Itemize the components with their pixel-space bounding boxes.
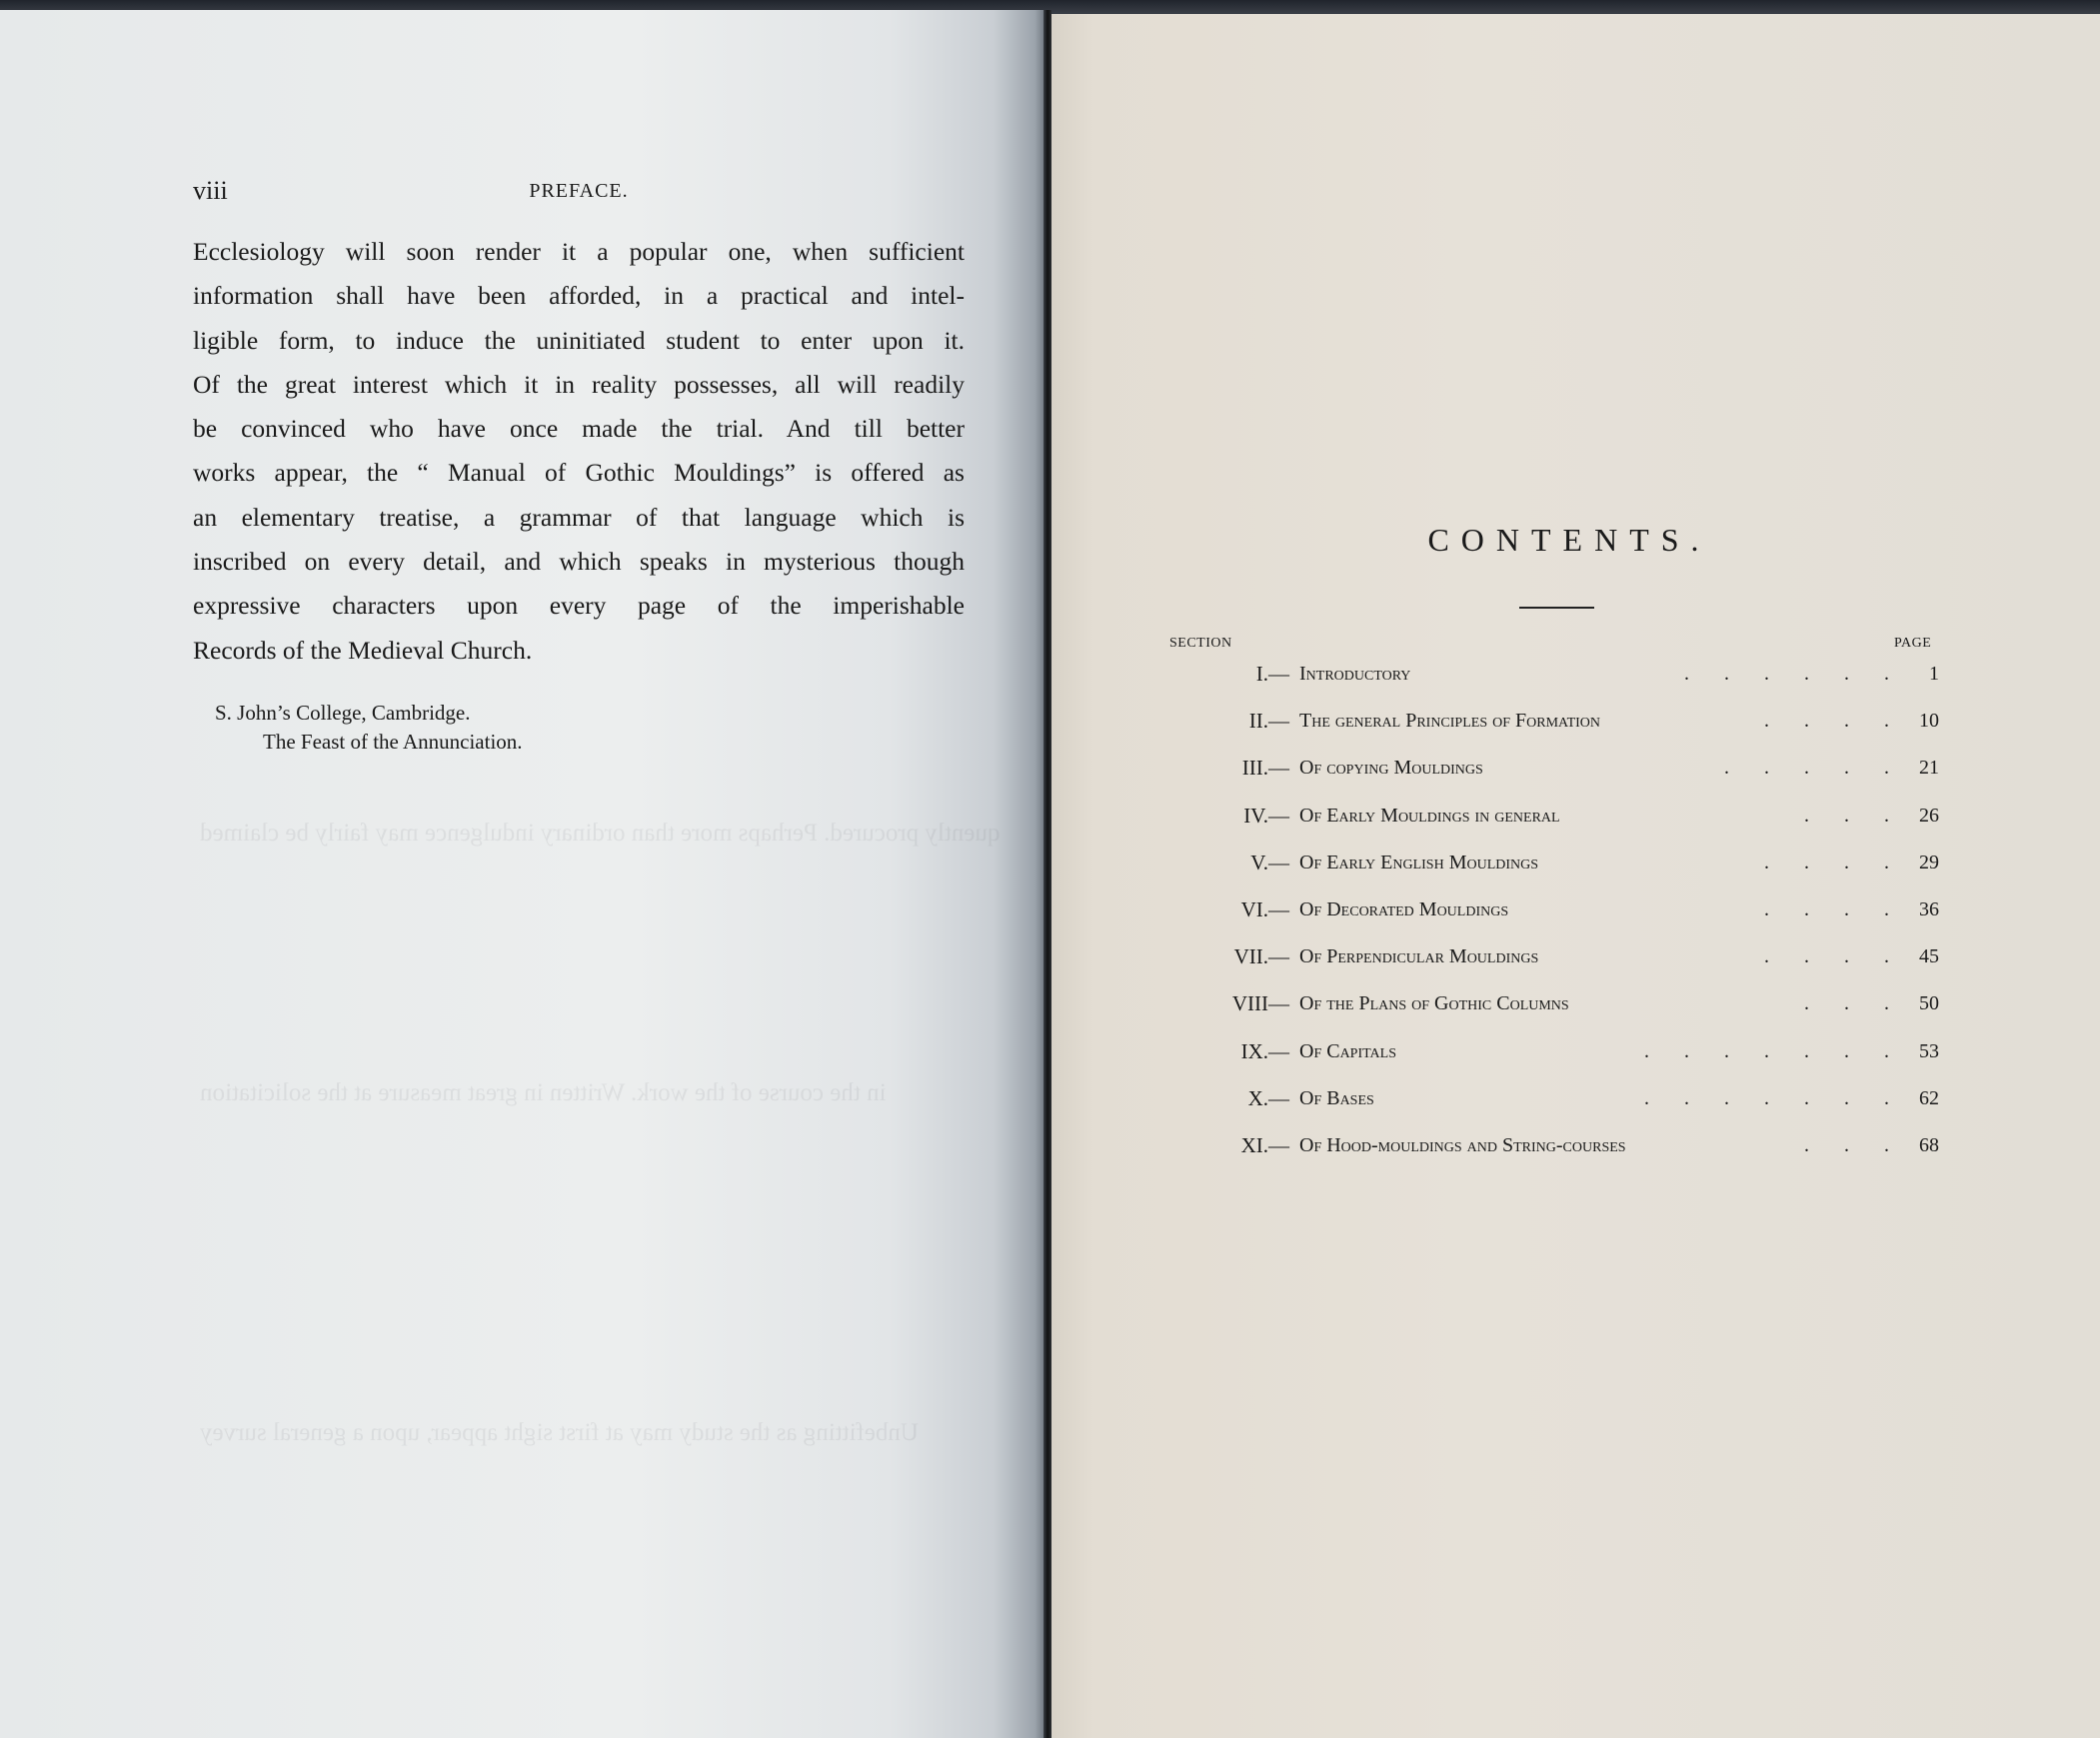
page-ref: 21 xyxy=(1894,750,1939,786)
book-gutter xyxy=(1044,10,1051,1738)
section-number: IV.— xyxy=(1243,798,1289,834)
page-ref: 26 xyxy=(1894,798,1939,834)
toc-entry: XI.— Of Hood-mouldings and String-course… xyxy=(1169,1127,1939,1174)
bleed-through-text: Unbefitting as the study may at first si… xyxy=(200,1419,919,1447)
signature-date: The Feast of the Annunciation. xyxy=(263,730,523,755)
page-ref: 1 xyxy=(1894,656,1939,692)
toc-entry: III.— Of copying Mouldings . . . . . 21 xyxy=(1169,750,1939,797)
page-ref: 29 xyxy=(1894,845,1939,880)
signature-place: S. John’s College, Cambridge. xyxy=(215,701,471,726)
section-number: XI.— xyxy=(1241,1127,1289,1163)
section-column-header: SECTION xyxy=(1169,636,1232,652)
section-title: Of Perpendicular Mouldings xyxy=(1299,938,1538,974)
toc-entry: I.— Introductory . . . . . . 1 xyxy=(1169,656,1939,703)
text-line: an elementary treatise, a grammar of tha… xyxy=(193,496,965,540)
contents-title: CONTENTS. xyxy=(1169,522,1969,559)
section-number: X.— xyxy=(1248,1080,1289,1116)
section-number: II.— xyxy=(1249,703,1289,739)
section-title: The general Principles of Formation xyxy=(1299,703,1600,739)
toc-entry: VII.— Of Perpendicular Mouldings . . . .… xyxy=(1169,938,1939,985)
toc-entry: II.— The general Principles of Formation… xyxy=(1169,703,1939,750)
bleed-through-text: quently procured. Perhaps more than ordi… xyxy=(200,820,1000,848)
text-line: expressive characters upon every page of… xyxy=(193,584,965,628)
section-title: Of Bases xyxy=(1299,1080,1374,1116)
section-title: Of Capitals xyxy=(1299,1033,1396,1069)
leader-dots: . . . xyxy=(1804,798,1889,834)
section-number: VII.— xyxy=(1234,938,1289,974)
text-line: Ecclesiology will soon render it a popul… xyxy=(193,230,965,274)
page-ref: 53 xyxy=(1894,1033,1939,1069)
section-number: I.— xyxy=(1256,656,1289,692)
page-ref: 62 xyxy=(1894,1080,1939,1116)
text-line: inscribed on every detail, and which spe… xyxy=(193,540,965,584)
title-rule xyxy=(1519,607,1594,609)
page-ref: 50 xyxy=(1894,985,1939,1021)
text-line: Records of the Medieval Church. xyxy=(193,629,965,673)
toc-entry: IV.— Of Early Mouldings in general . . .… xyxy=(1169,798,1939,845)
page-ref: 68 xyxy=(1894,1127,1939,1163)
leader-dots: . . . . . . . xyxy=(1644,1080,1889,1116)
text-line: be convinced who have once made the tria… xyxy=(193,407,965,451)
section-title: Of Hood-mouldings and String-courses xyxy=(1299,1127,1626,1163)
text-line: ligible form, to induce the uninitiated … xyxy=(193,319,965,363)
section-title: Of Early Mouldings in general xyxy=(1299,798,1560,834)
section-number: III.— xyxy=(1242,750,1289,786)
leader-dots: . . . . xyxy=(1764,845,1889,880)
running-head: viii PREFACE. xyxy=(193,176,965,210)
section-title: Of Decorated Mouldings xyxy=(1299,891,1508,927)
leader-dots: . . . . . . . xyxy=(1644,1033,1889,1069)
page-column-header: PAGE xyxy=(1894,636,1931,652)
section-title: Introductory xyxy=(1299,656,1410,692)
leader-dots: . . . xyxy=(1804,985,1889,1021)
leader-dots: . . . . xyxy=(1764,703,1889,739)
toc-entry: IX.— Of Capitals . . . . . . . 53 xyxy=(1169,1033,1939,1080)
leader-dots: . . . . . xyxy=(1724,750,1889,786)
leader-dots: . . . . . . xyxy=(1684,656,1889,692)
leader-dots: . . . xyxy=(1804,1127,1889,1163)
leader-dots: . . . . xyxy=(1764,891,1889,927)
toc-entry: X.— Of Bases . . . . . . . 62 xyxy=(1169,1080,1939,1127)
section-title: Of the Plans of Gothic Columns xyxy=(1299,985,1569,1021)
running-head-title: PREFACE. xyxy=(193,180,965,203)
toc-entry: VI.— Of Decorated Mouldings . . . . 36 xyxy=(1169,891,1939,938)
page-ref: 10 xyxy=(1894,703,1939,739)
leader-dots: . . . . xyxy=(1764,938,1889,974)
toc-entry: VIII— Of the Plans of Gothic Columns . .… xyxy=(1169,985,1939,1032)
text-line: Of the great interest which it in realit… xyxy=(193,363,965,407)
text-line: information shall have been afforded, in… xyxy=(193,274,965,318)
section-title: Of copying Mouldings xyxy=(1299,750,1483,786)
table-of-contents: I.— Introductory . . . . . . 1 II.— The … xyxy=(1169,656,1939,1174)
bleed-through-text: in the course of the work. Written in gr… xyxy=(200,1079,887,1107)
section-number: IX.— xyxy=(1241,1033,1289,1069)
toc-entry: V.— Of Early English Mouldings . . . . 2… xyxy=(1169,845,1939,891)
section-number: VIII— xyxy=(1232,985,1289,1021)
section-title: Of Early English Mouldings xyxy=(1299,845,1538,880)
preface-body: Ecclesiology will soon render it a popul… xyxy=(193,230,965,673)
page-ref: 36 xyxy=(1894,891,1939,927)
section-number: VI.— xyxy=(1241,891,1289,927)
section-number: V.— xyxy=(1250,845,1289,880)
page-ref: 45 xyxy=(1894,938,1939,974)
text-line: works appear, the “ Manual of Gothic Mou… xyxy=(193,451,965,495)
